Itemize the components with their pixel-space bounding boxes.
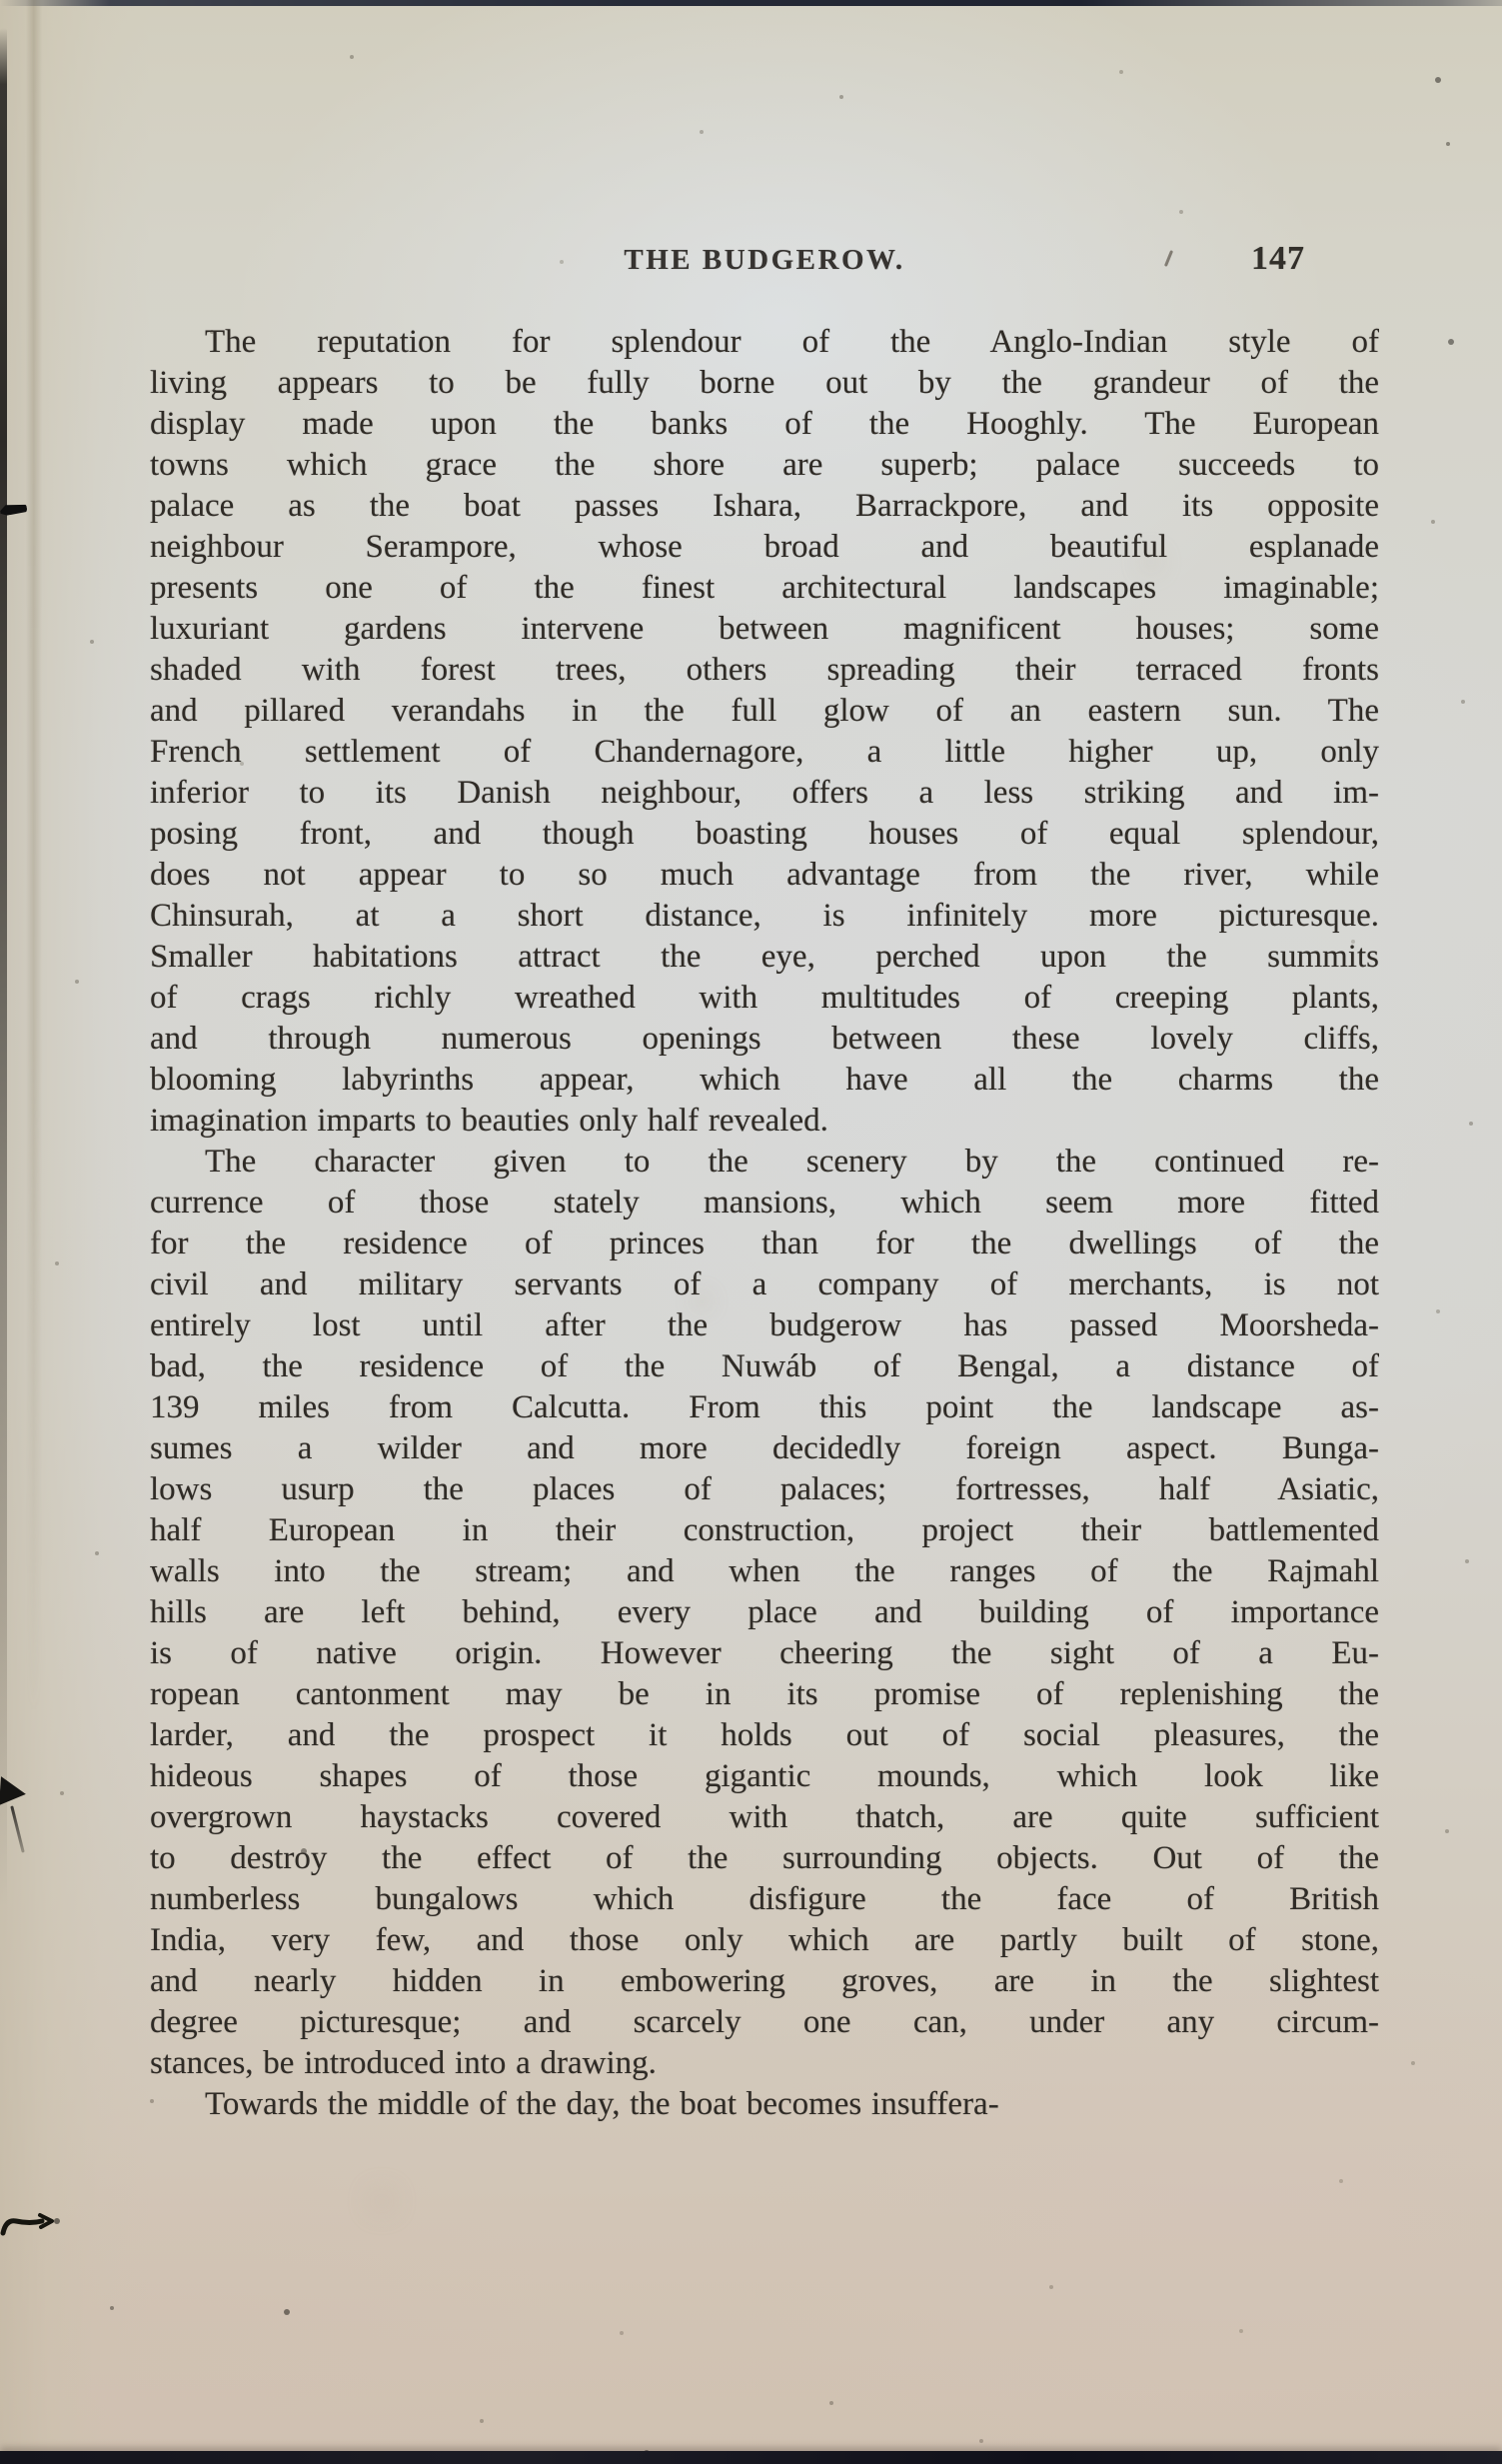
text-line: luxuriant gardens intervene between magn… xyxy=(150,609,1379,650)
text-line: Chinsurah, at a short distance, is infin… xyxy=(150,896,1379,937)
text-line: numberless bungalows which disfigure the… xyxy=(150,1879,1379,1920)
text-line: degree picturesque; and scarcely one can… xyxy=(150,2002,1379,2043)
ink-mark-arrow-tail xyxy=(10,1805,25,1852)
text-line: of crags richly wreathed with multitudes… xyxy=(150,978,1379,1019)
paragraph: Towards the middle of the day, the boat … xyxy=(150,2084,1379,2125)
scanned-book-page: THE BUDGEROW. 147 The reputation for spl… xyxy=(0,0,1502,2464)
text-line: ropean cantonment may be in its promise … xyxy=(150,1674,1379,1715)
text-line: sumes a wilder and more decidedly foreig… xyxy=(150,1428,1379,1469)
text-line: blooming labyrinths appear, which have a… xyxy=(150,1060,1379,1101)
scan-edge-left xyxy=(0,28,7,1907)
text-line: Smaller habitations attract the eye, per… xyxy=(150,937,1379,978)
text-line: Towards the middle of the day, the boat … xyxy=(150,2084,1379,2125)
text-line: is of native origin. However cheering th… xyxy=(150,1633,1379,1674)
text-line: does not appear to so much advantage fro… xyxy=(150,855,1379,896)
text-line: and through numerous openings between th… xyxy=(150,1019,1379,1060)
text-line: posing front, and though boasting houses… xyxy=(150,814,1379,855)
text-line: and pillared verandahs in the full glow … xyxy=(150,691,1379,732)
text-line: larder, and the prospect it holds out of… xyxy=(150,1715,1379,1756)
scan-edge-top xyxy=(0,0,1502,6)
text-line: civil and military servants of a company… xyxy=(150,1264,1379,1305)
text-line: The reputation for splendour of the Angl… xyxy=(150,322,1379,363)
text-line: hideous shapes of those gigantic mounds,… xyxy=(150,1756,1379,1797)
ink-mark-arrowhead xyxy=(0,1776,27,1807)
text-line: for the residence of princes than for th… xyxy=(150,1224,1379,1264)
text-line: inferior to its Danish neighbour, offers… xyxy=(150,773,1379,814)
text-line: towns which grace the shore are superb; … xyxy=(150,445,1379,486)
text-line: overgrown haystacks covered with thatch,… xyxy=(150,1797,1379,1838)
paragraph: The reputation for splendour of the Angl… xyxy=(150,322,1379,1142)
page-body-text: The reputation for splendour of the Angl… xyxy=(150,322,1379,2125)
text-line: and nearly hidden in embowering groves, … xyxy=(150,1961,1379,2002)
paragraph: The character given to the scenery by th… xyxy=(150,1142,1379,2084)
text-line: currence of those stately mansions, whic… xyxy=(150,1183,1379,1224)
text-line: neighbour Serampore, whose broad and bea… xyxy=(150,527,1379,568)
text-line: walls into the stream; and when the rang… xyxy=(150,1551,1379,1592)
text-line: stances, be introduced into a drawing. xyxy=(150,2043,1379,2084)
running-title: THE BUDGEROW. xyxy=(150,244,1379,277)
text-line: living appears to be fully borne out by … xyxy=(150,363,1379,404)
text-line: 139 miles from Calcutta. From this point… xyxy=(150,1387,1379,1428)
page-header: THE BUDGEROW. 147 xyxy=(150,244,1379,288)
text-line: presents one of the finest architectural… xyxy=(150,568,1379,609)
text-line: half European in their construction, pro… xyxy=(150,1510,1379,1551)
text-line: The character given to the scenery by th… xyxy=(150,1142,1379,1183)
text-line: shaded with forest trees, others spreadi… xyxy=(150,650,1379,691)
text-line: lows usurp the places of palaces; fortre… xyxy=(150,1469,1379,1510)
text-line: display made upon the banks of the Hoogh… xyxy=(150,404,1379,445)
text-line: entirely lost until after the budgerow h… xyxy=(150,1305,1379,1346)
text-line: hills are left behind, every place and b… xyxy=(150,1592,1379,1633)
text-line: French settlement of Chandernagore, a li… xyxy=(150,732,1379,773)
page-number: 147 xyxy=(1251,240,1305,278)
text-line: bad, the residence of the Nuwáb of Benga… xyxy=(150,1346,1379,1387)
text-line: palace as the boat passes Ishara, Barrac… xyxy=(150,486,1379,527)
text-line: imagination imparts to beauties only hal… xyxy=(150,1101,1379,1142)
scan-edge-bottom xyxy=(0,2451,1502,2464)
text-line: India, very few, and those only which ar… xyxy=(150,1920,1379,1961)
text-line: to destroy the effect of the surrounding… xyxy=(150,1838,1379,1879)
page-fold-line xyxy=(26,0,42,1749)
ink-mark-squiggle xyxy=(0,2197,70,2241)
